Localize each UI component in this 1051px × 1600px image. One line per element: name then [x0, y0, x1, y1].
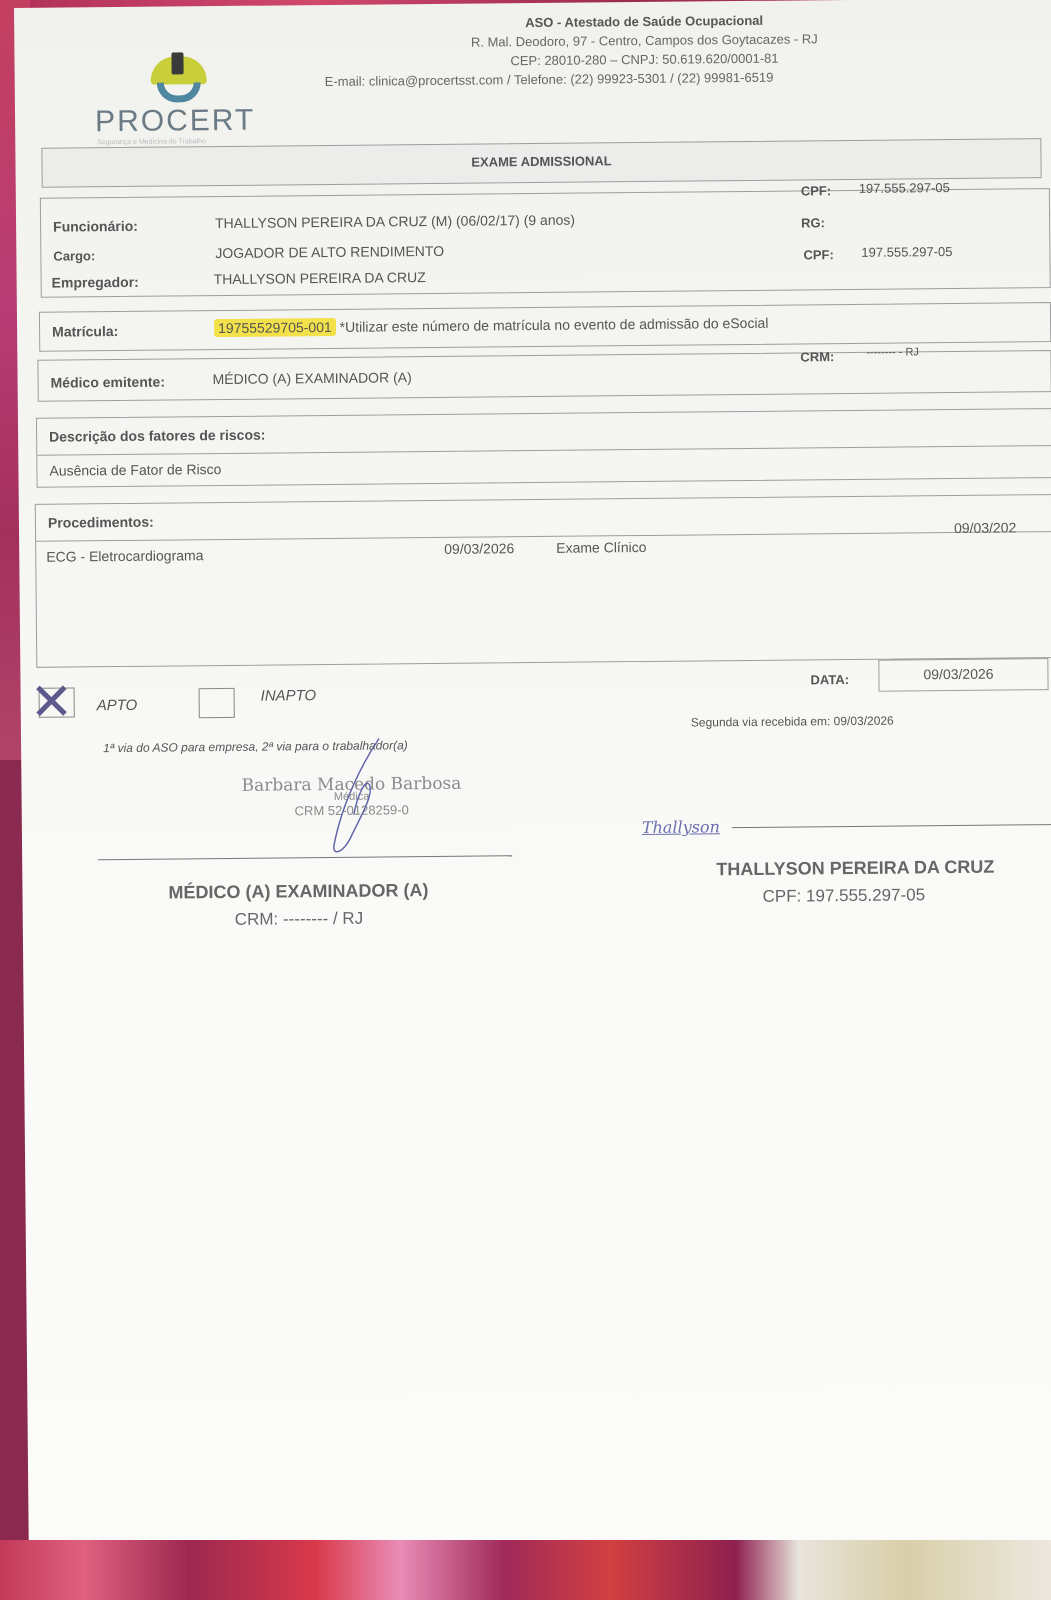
riscos-label: Descrição dos fatores de riscos:	[49, 427, 265, 445]
doctor-crm: CRM: -------- / RJ	[235, 909, 364, 930]
procedure-name: Exame Clínico	[556, 539, 646, 556]
data-label: DATA:	[810, 672, 849, 687]
worker-signature: Thallyson	[642, 817, 720, 837]
cpf-label: CPF:	[801, 183, 831, 198]
medico-label: Médico emitente:	[51, 374, 166, 391]
crm-label: CRM:	[800, 349, 834, 364]
matricula-label: Matrícula:	[52, 323, 118, 340]
medico-section: Médico emitente: MÉDICO (A) EXAMINADOR (…	[37, 350, 1051, 402]
divider	[36, 531, 1051, 542]
background-fabric-bottom	[0, 1540, 1051, 1600]
gear-icon	[157, 82, 201, 102]
inapto-checkbox[interactable]	[199, 688, 235, 718]
empregador-label: Empregador:	[52, 274, 139, 291]
exam-type: EXAME ADMISSIONAL	[42, 149, 1040, 174]
cpf-value: 197.555.297-05	[859, 180, 950, 196]
logo-tagline: Segurança e Medicina do Trabalho	[97, 138, 206, 146]
matricula-section: Matrícula: 19755529705-001 *Utilizar est…	[39, 302, 1051, 352]
matricula-value: 19755529705-001	[214, 318, 336, 337]
empregador-value: THALLYSON PEREIRA DA CRUZ	[214, 269, 426, 287]
crm-value: -------- - RJ	[866, 346, 919, 359]
matricula-note: *Utilizar este número de matrícula no ev…	[340, 315, 769, 335]
data-value: 09/03/2026	[923, 666, 993, 683]
x-mark-icon: ✕	[29, 680, 73, 724]
document-header: ASO - Atestado de Saúde Ocupacional R. M…	[314, 9, 975, 91]
doctor-signature-line	[98, 855, 512, 860]
funcionario-value: THALLYSON PEREIRA DA CRUZ (M) (06/02/17)…	[215, 212, 575, 231]
funcionario-label: Funcionário:	[53, 218, 138, 235]
apto-label: APTO	[97, 697, 138, 714]
employer-cpf-label: CPF:	[803, 247, 833, 262]
procedure-name: ECG - Eletrocardiograma	[46, 547, 203, 565]
employer-cpf-value: 197.555.297-05	[861, 244, 952, 260]
worker-cpf: CPF: 197.555.297-05	[762, 885, 925, 907]
doctor-name: MÉDICO (A) EXAMINADOR (A)	[168, 880, 428, 903]
procedimentos-section: Procedimentos: ECG - Eletrocardiograma 0…	[35, 494, 1051, 668]
cargo-value: JOGADOR DE ALTO RENDIMENTO	[215, 243, 444, 261]
riscos-section: Descrição dos fatores de riscos: Ausênci…	[36, 408, 1051, 488]
procedimentos-label: Procedimentos:	[48, 514, 154, 531]
segunda-via-note: Segunda via recebida em: 09/03/2026	[691, 714, 894, 730]
worker-name: THALLYSON PEREIRA DA CRUZ	[716, 857, 994, 881]
inapto-label: INAPTO	[261, 687, 317, 705]
procert-logo: PROCERT Segurança e Medicina do Trabalho	[94, 52, 275, 154]
procedure-date: 09/03/202	[954, 519, 1016, 536]
cargo-label: Cargo:	[53, 248, 95, 263]
medico-value: MÉDICO (A) EXAMINADOR (A)	[212, 369, 411, 387]
rg-label: RG:	[801, 215, 825, 230]
employee-section: Funcionário: THALLYSON PEREIRA DA CRUZ (…	[40, 188, 1051, 298]
data-field: 09/03/2026	[878, 658, 1048, 692]
divider	[37, 445, 1051, 456]
riscos-value: Ausência de Fator de Risco	[49, 461, 221, 479]
doctor-signature	[321, 734, 402, 865]
aso-document: PROCERT Segurança e Medicina do Trabalho…	[14, 0, 1051, 1578]
matricula-value-wrap: 19755529705-001 *Utilizar este número de…	[214, 315, 768, 336]
apto-checkbox[interactable]: ✕	[39, 687, 75, 717]
procedure-date: 09/03/2026	[444, 540, 514, 557]
worker-signature-line	[732, 824, 1051, 828]
helmet-stripe-icon	[171, 52, 183, 74]
logo-text: PROCERT	[95, 104, 255, 140]
